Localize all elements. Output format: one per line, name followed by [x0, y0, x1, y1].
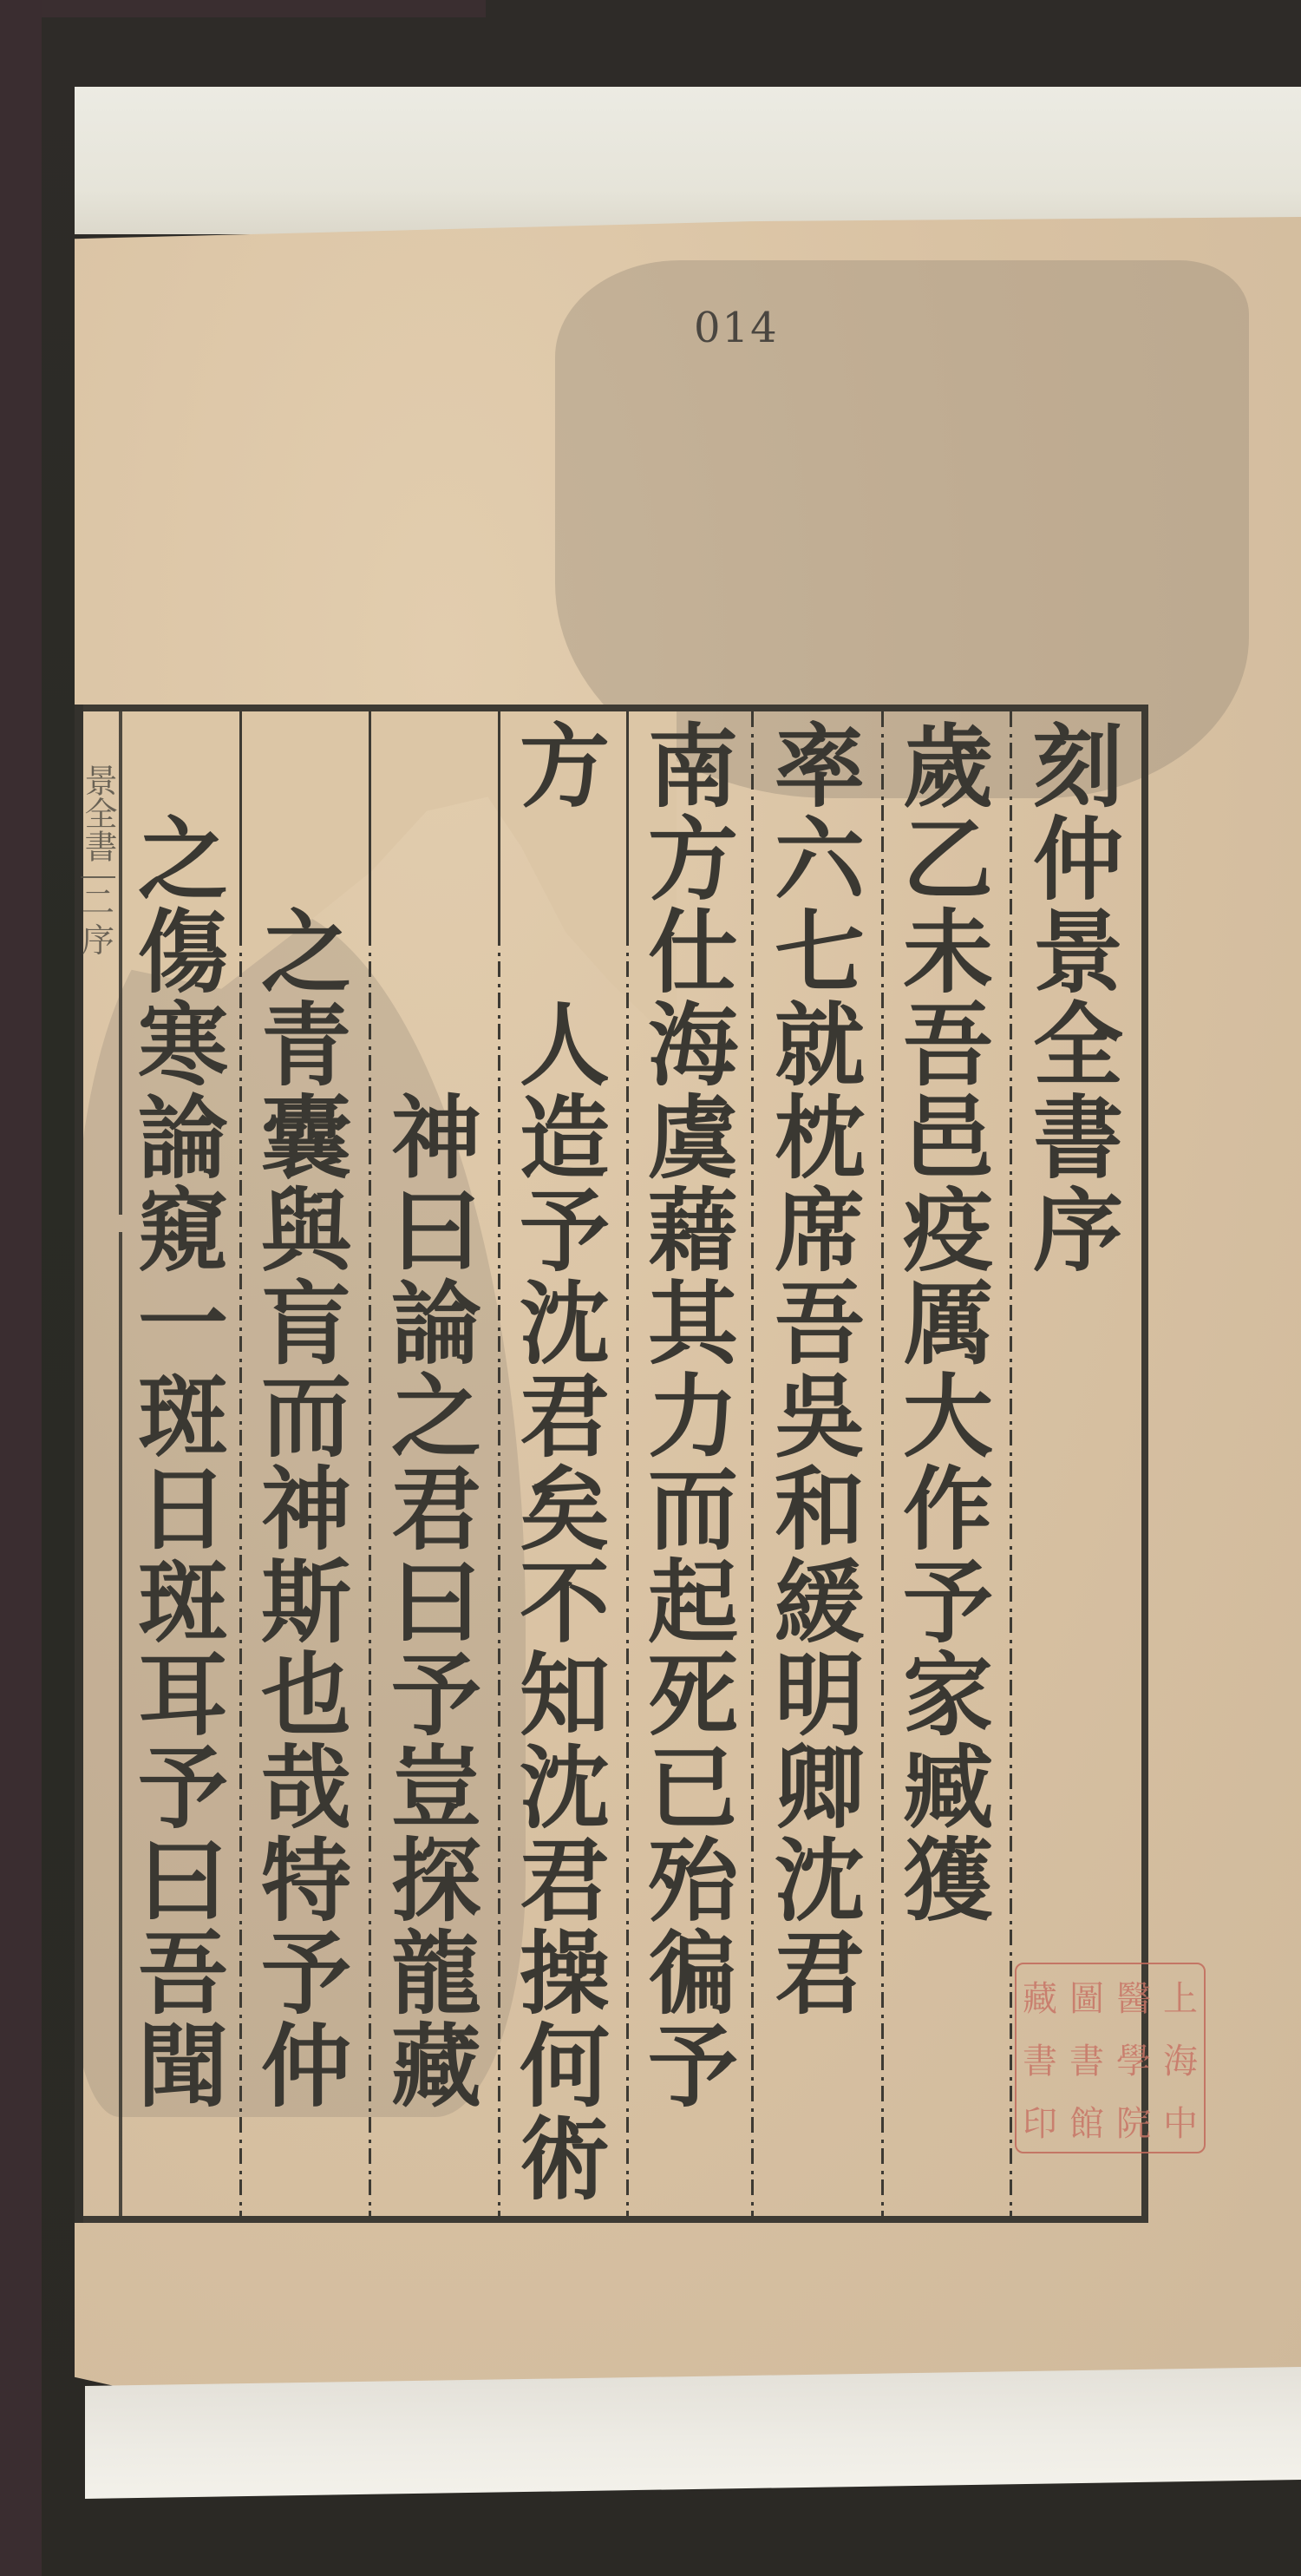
- text-character: 和: [763, 1463, 876, 1556]
- text-character: 大: [892, 1370, 1004, 1463]
- text-character: 就: [763, 999, 876, 1091]
- text-character: 南: [637, 720, 749, 813]
- mounting-paper-top: [75, 87, 1301, 234]
- text-character: 日: [127, 1463, 239, 1556]
- text-character: 方: [637, 813, 749, 906]
- text-character: 書: [1022, 1091, 1134, 1184]
- text-character: 六: [763, 813, 876, 906]
- fish-tail-mark: [81, 876, 115, 878]
- text-column-7: 之青囊與肓而神斯也哉特予仲: [250, 720, 363, 2212]
- column-divider: [369, 711, 371, 2216]
- seal-char: 書: [1017, 2034, 1063, 2083]
- text-character: 窺: [127, 1184, 239, 1277]
- seal-char: 海: [1157, 2034, 1204, 2083]
- seal-char: 館: [1063, 2096, 1110, 2146]
- text-character: 神: [380, 1091, 493, 1184]
- text-character: 而: [250, 1370, 363, 1463]
- text-character: [380, 999, 493, 1091]
- text-character: 藉: [637, 1184, 749, 1277]
- banxin-section-number: 二: [82, 883, 114, 921]
- text-character: 枕: [763, 1091, 876, 1184]
- column-divider: [239, 711, 242, 2216]
- text-character: 緩: [763, 1556, 876, 1649]
- text-character: 沈: [508, 1277, 621, 1370]
- text-character: 造: [508, 1091, 621, 1184]
- text-character: 力: [637, 1370, 749, 1463]
- text-character: 曰: [127, 1834, 239, 1927]
- text-character: 曰: [380, 1556, 493, 1649]
- text-character: 曰: [380, 1184, 493, 1277]
- seal-char: 印: [1017, 2096, 1063, 2146]
- text-character: 仲: [250, 2020, 363, 2113]
- text-character: 斑: [127, 1370, 239, 1463]
- banxin-divider: [119, 711, 122, 2216]
- column-divider: [498, 711, 500, 2216]
- seal-char: 學: [1110, 2034, 1157, 2083]
- text-character: 而: [637, 1463, 749, 1556]
- text-character: 龍: [380, 1927, 493, 2020]
- text-character: 與: [250, 1184, 363, 1277]
- text-character: 序: [1022, 1184, 1134, 1277]
- text-character: [250, 813, 363, 906]
- text-character: 斑: [127, 1556, 239, 1649]
- text-character: 邑: [892, 1091, 1004, 1184]
- text-column-6: 神曰論之君曰予豈探龍藏: [380, 720, 493, 2212]
- mounting-paper-bottom: [85, 2367, 1301, 2499]
- text-character: 疫: [892, 1184, 1004, 1277]
- text-character: 虞: [637, 1091, 749, 1184]
- text-character: 傷: [127, 906, 239, 999]
- seal-char: 上: [1157, 1971, 1204, 2021]
- text-character: 明: [763, 1649, 876, 1741]
- text-character: 藏: [380, 2020, 493, 2113]
- text-character: 肓: [250, 1277, 363, 1370]
- text-character: 哉: [250, 1741, 363, 1834]
- text-character: 死: [637, 1649, 749, 1741]
- text-character: 囊: [250, 1091, 363, 1184]
- text-character: 君: [380, 1463, 493, 1556]
- text-character: 予: [250, 1927, 363, 2020]
- text-character: [380, 906, 493, 999]
- text-character: 何: [508, 2020, 621, 2113]
- text-character: 其: [637, 1277, 749, 1370]
- text-character: 君: [508, 1834, 621, 1927]
- text-character: 吾: [892, 999, 1004, 1091]
- text-character: [508, 813, 621, 906]
- seal-char: 院: [1110, 2096, 1157, 2146]
- text-character: 耳: [127, 1649, 239, 1741]
- text-character: 家: [892, 1649, 1004, 1741]
- text-character: 聞: [127, 2020, 239, 2113]
- seal-char: 圖: [1063, 1971, 1110, 2021]
- text-column-8: 之傷寒論窺一斑日斑耳予曰吾聞: [127, 720, 239, 2212]
- text-character: 臧: [892, 1741, 1004, 1834]
- text-column-5: 方 人造予沈君矣不知沈君操何術: [508, 720, 621, 2212]
- text-character: 豈: [380, 1741, 493, 1834]
- text-character: 論: [127, 1091, 239, 1184]
- text-character: 矣: [508, 1463, 621, 1556]
- text-character: 已: [637, 1741, 749, 1834]
- text-column-2: 歲乙未吾邑疫厲大作予家臧獲: [892, 720, 1004, 2212]
- text-character: 探: [380, 1834, 493, 1927]
- column-divider: [881, 711, 884, 2216]
- text-character: 也: [250, 1649, 363, 1741]
- text-character: 海: [637, 999, 749, 1091]
- text-character: 卿: [763, 1741, 876, 1834]
- banxin-margin: 景全書 二 序: [80, 764, 116, 960]
- text-character: 獲: [892, 1834, 1004, 1927]
- text-column-4: 南方仕海虞藉其力而起死已殆徧予: [637, 720, 749, 2212]
- text-character: 君: [763, 1927, 876, 2020]
- text-character: 七: [763, 906, 876, 999]
- text-character: 不: [508, 1556, 621, 1649]
- text-character: 操: [508, 1927, 621, 2020]
- text-character: 殆: [637, 1834, 749, 1927]
- text-character: 之: [380, 1370, 493, 1463]
- text-character: 景: [1022, 906, 1134, 999]
- text-character: [380, 813, 493, 906]
- text-column-3: 率六七就枕席吾吳和緩明卿沈君: [763, 720, 876, 2212]
- text-character: 寒: [127, 999, 239, 1091]
- page-number: 014: [694, 304, 779, 352]
- text-character: 之: [250, 906, 363, 999]
- text-character: [250, 720, 363, 813]
- seal-char: 藏: [1017, 1971, 1063, 2021]
- column-divider: [1010, 711, 1012, 2216]
- text-character: 人: [508, 999, 621, 1091]
- seal-char: 醫: [1110, 1971, 1157, 2021]
- seal-char: 中: [1157, 2096, 1204, 2146]
- text-character: 全: [1022, 999, 1134, 1091]
- text-character: 吳: [763, 1370, 876, 1463]
- text-character: 刻: [1022, 720, 1134, 813]
- text-character: 吾: [763, 1277, 876, 1370]
- text-character: 起: [637, 1556, 749, 1649]
- text-character: 吾: [127, 1927, 239, 2020]
- text-character: 論: [380, 1277, 493, 1370]
- scan-edge-left: [0, 0, 42, 2576]
- text-character: 予: [127, 1741, 239, 1834]
- text-character: 未: [892, 906, 1004, 999]
- text-character: 方: [508, 720, 621, 813]
- text-character: 厲: [892, 1277, 1004, 1370]
- text-character: 神: [250, 1463, 363, 1556]
- text-character: 席: [763, 1184, 876, 1277]
- text-character: 予: [508, 1184, 621, 1277]
- text-character: [508, 906, 621, 999]
- text-character: 乙: [892, 813, 1004, 906]
- text-character: 一: [127, 1277, 239, 1370]
- text-character: 予: [380, 1649, 493, 1741]
- text-character: [380, 720, 493, 813]
- text-character: 斯: [250, 1556, 363, 1649]
- text-character: 沈: [508, 1741, 621, 1834]
- text-character: 君: [508, 1370, 621, 1463]
- banxin-text: 景全書: [79, 764, 117, 862]
- text-character: 知: [508, 1649, 621, 1741]
- seal-char: 書: [1063, 2034, 1110, 2083]
- text-character: 徧: [637, 1927, 749, 2020]
- text-character: 仕: [637, 906, 749, 999]
- text-character: 之: [127, 813, 239, 906]
- scan-edge-top: [0, 0, 486, 17]
- text-character: 特: [250, 1834, 363, 1927]
- text-character: 率: [763, 720, 876, 813]
- library-collection-seal: 上 海 中 醫 學 院 圖 書 館 藏 書 印: [1015, 1963, 1206, 2153]
- text-character: [127, 720, 239, 813]
- text-character: 仲: [1022, 813, 1134, 906]
- text-character: 予: [637, 2020, 749, 2113]
- text-character: 予: [892, 1556, 1004, 1649]
- text-character: 沈: [763, 1834, 876, 1927]
- text-character: 術: [508, 2113, 621, 2206]
- text-character: 作: [892, 1463, 1004, 1556]
- column-divider: [626, 711, 629, 2216]
- text-character: 青: [250, 999, 363, 1091]
- column-divider: [751, 711, 754, 2216]
- banxin-section-label: 序: [82, 921, 114, 960]
- text-character: 歲: [892, 720, 1004, 813]
